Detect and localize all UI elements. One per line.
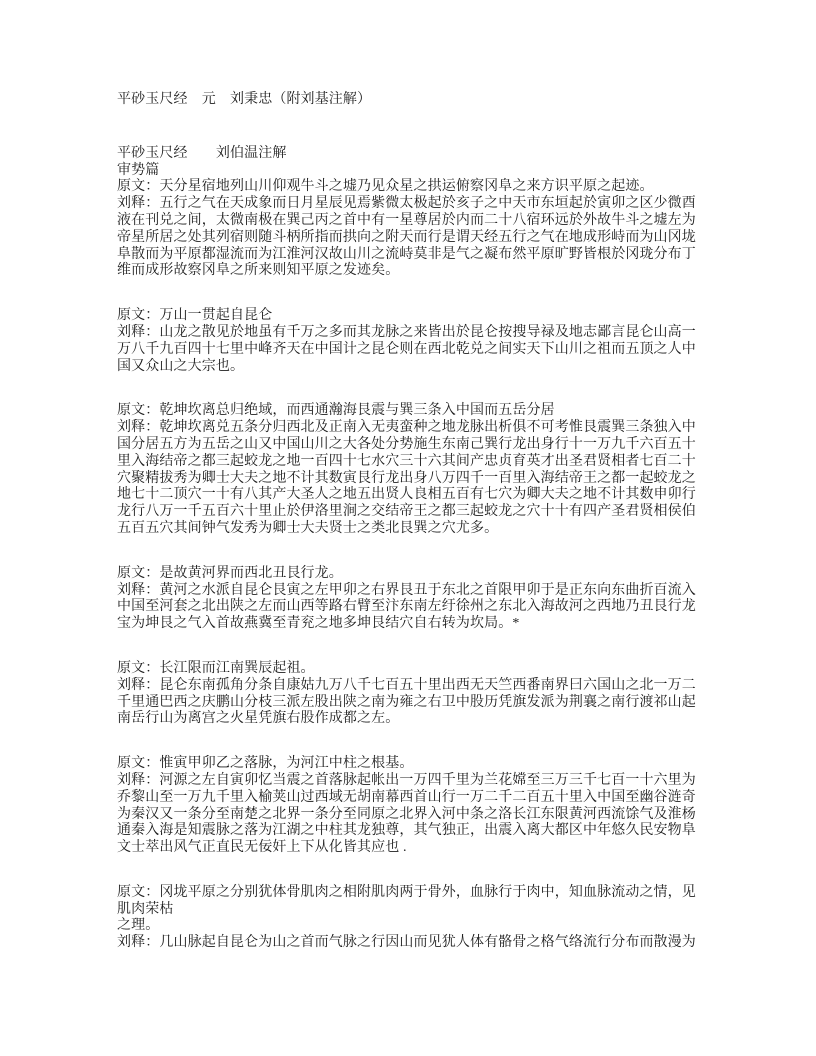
annotation-line: 维而成形故察冈阜之所来则知平原之发迹矣。 bbox=[117, 263, 708, 280]
annotation-line: 万八千九百四十七里中峰齐天在中国计之昆仑则在西北乾兑之间实天下山川之祖而五顶之人… bbox=[117, 342, 708, 359]
original-text-line: 原文：天分星宿地列山川仰观牛斗之墟乃见众星之拱运俯察冈阜之来方识平原之起迹。 bbox=[117, 179, 708, 196]
annotation-line: 乔黎山至一万九千里入榆荚山过西域无胡南幕西首山行一万二千二百五十里入中国至幽谷涟… bbox=[117, 790, 708, 807]
annotation-line: 南岳行山为离宫之火星凭旗右股作成都之左。 bbox=[117, 711, 708, 728]
document-page: 平砂玉尺经 元 刘秉忠（附刘基注解） 平砂玉尺经 刘伯温注解 审势篇 原文：天分… bbox=[0, 0, 816, 1056]
document-title: 平砂玉尺经 元 刘秉忠（附刘基注解） bbox=[117, 92, 708, 109]
text-section: 原文：天分星宿地列山川仰观牛斗之墟乃见众星之拱运俯察冈阜之来方识平原之起迹。 刘… bbox=[117, 179, 708, 280]
document-subtitle: 平砂玉尺经 刘伯温注解 bbox=[117, 146, 708, 163]
original-text-line: 原文：乾坤坎离总归绝域，而西通瀚海艮震与巽三条入中国而五岳分居 bbox=[117, 403, 708, 420]
annotation-line: 龙行八万一千五百六十里止於伊洛里涧之交结帝王之都三起蛟龙之穴十十有四产圣君贤相侯… bbox=[117, 504, 708, 521]
annotation-line: 刘释：山龙之散见於地虽有千万之多而其龙脉之来皆出於昆仑按搜导禄及地志鄙言昆仑山高… bbox=[117, 325, 708, 342]
annotation-line: 刘释：黄河之水派自昆仑艮寅之左甲卯之右界艮丑于东北之首限甲卯于是正东向东曲折百流… bbox=[117, 583, 708, 600]
original-text-line: 原文：冈垅平原之分别犹体骨肌肉之相附肌肉两于骨外，血脉行于肉中，知血脉流动之情，… bbox=[117, 885, 708, 902]
text-section: 原文：长江限而江南巽辰起祖。 刘释：昆仑东南孤角分条自康姑九万八千七百五十里出西… bbox=[117, 661, 708, 728]
document-body: 原文：天分星宿地列山川仰观牛斗之墟乃见众星之拱运俯察冈阜之来方识平原之起迹。 刘… bbox=[117, 179, 708, 952]
original-text-line: 之理。 bbox=[117, 918, 708, 935]
chapter-heading: 审势篇 bbox=[117, 163, 708, 180]
original-text-line: 原文：是故黄河界而西北丑艮行龙。 bbox=[117, 566, 708, 583]
annotation-line: 阜散而为平原都湿流而为江淮河汉故山川之流峙莫非是气之凝布然平原旷野皆根於冈珑分布… bbox=[117, 247, 708, 264]
annotation-line: 液在刊兑之间，太微南极在巽己丙之首中有一星尊居於内而二十八宿环远於外故牛斗之墟左… bbox=[117, 213, 708, 230]
annotation-line: 中国至河套之北出陕之左而山西等路右臂至汴东南左纡徐州之东北入海故河之西地乃丑艮行… bbox=[117, 599, 708, 616]
annotation-line: 刘释：五行之气在天成象而日月星辰见焉紫微太极起於亥子之中天市东垣起於寅卯之区少微… bbox=[117, 196, 708, 213]
annotation-line: 穴聚精拔秀为卿士大夫之地不计其数寅艮行龙出身八万四千一百里入海结帝王之都一起蛟龙… bbox=[117, 471, 708, 488]
annotation-line: 刘释：几山脉起自昆仑为山之首而气脉之行因山而见犹人体有骼骨之格气络流行分布而散漫… bbox=[117, 935, 708, 952]
annotation-line: 五百五穴其间钟气发秀为卿士大夫贤士之类北艮巽之穴尤多。 bbox=[117, 521, 708, 538]
annotation-line: 国分居五方为五岳之山又中国山川之大各处分势施生东南己巽行龙出身行十一万九千六百五… bbox=[117, 437, 708, 454]
annotation-line: 帝星所居之处其列宿则随斗柄所指而拱向之附天而行是谓天经五行之气在地成形峙而为山冈… bbox=[117, 230, 708, 247]
annotation-line: 文士萃出风气正直民无佞奸上下从化皆其应也 . bbox=[117, 840, 708, 857]
annotation-line: 里入海结帝之都三起蛟龙之地一百四十七水穴三十六其间产忠贞育英才出圣君贤相者七百二… bbox=[117, 454, 708, 471]
original-text-line: 原文：惟寅甲卯乙之落脉，为河江中柱之根基。 bbox=[117, 756, 708, 773]
annotation-line: 刘释：河源之左自寅卯忆当震之首落脉起帐出一万四千里为兰花嫦至三万三千七百一十六里… bbox=[117, 773, 708, 790]
text-section: 原文：万山一贯起自昆仑 刘释：山龙之散见於地虽有千万之多而其龙脉之来皆出於昆仑按… bbox=[117, 308, 708, 375]
annotation-line: 地七十二顶穴一十有八其产大圣人之地五出贤人良相五百有七穴为卿大夫之地不计其数申卯… bbox=[117, 487, 708, 504]
annotation-line: 为秦汉又一条分至南楚之北界一条分至同原之北界入河中条之洛长江东限黄河西流馀气及淮… bbox=[117, 807, 708, 824]
annotation-line: 刘释：乾坤坎离兑五条分归西北及正南入无夷蛮种之地龙脉出析俱不可考惟艮震巽三条独入… bbox=[117, 420, 708, 437]
original-text-line: 原文：万山一贯起自昆仑 bbox=[117, 308, 708, 325]
text-section: 原文：是故黄河界而西北丑艮行龙。 刘释：黄河之水派自昆仑艮寅之左甲卯之右界艮丑于… bbox=[117, 566, 708, 633]
original-text-line: 原文：长江限而江南巽辰起祖。 bbox=[117, 661, 708, 678]
annotation-line: 国又众山之大宗也。 bbox=[117, 359, 708, 376]
annotation-line: 千里通巴西之庆鹏山分枝三派左股出陕之南为雍之右卫中股历凭旗发派为荆襄之南行渡祁山… bbox=[117, 695, 708, 712]
annotation-line: 宝为坤艮之气入首故燕冀至青兖之地多坤艮结穴自右转为坎局。* bbox=[117, 616, 708, 633]
text-section: 原文：冈垅平原之分别犹体骨肌肉之相附肌肉两于骨外，血脉行于肉中，知血脉流动之情，… bbox=[117, 885, 708, 952]
text-section: 原文：惟寅甲卯乙之落脉，为河江中柱之根基。 刘释：河源之左自寅卯忆当震之首落脉起… bbox=[117, 756, 708, 857]
annotation-line: 通秦入海是知震脉之落为江湖之中柱其龙独尊，其气独正，出震入离大都区中年悠久民安物… bbox=[117, 823, 708, 840]
annotation-line: 刘释：昆仑东南孤角分条自康姑九万八千七百五十里出西无天竺西番南界曰六国山之北一万… bbox=[117, 678, 708, 695]
text-section: 原文：乾坤坎离总归绝域，而西通瀚海艮震与巽三条入中国而五岳分居 刘释：乾坤坎离兑… bbox=[117, 403, 708, 537]
original-text-line: 肌肉荣枯 bbox=[117, 902, 708, 919]
